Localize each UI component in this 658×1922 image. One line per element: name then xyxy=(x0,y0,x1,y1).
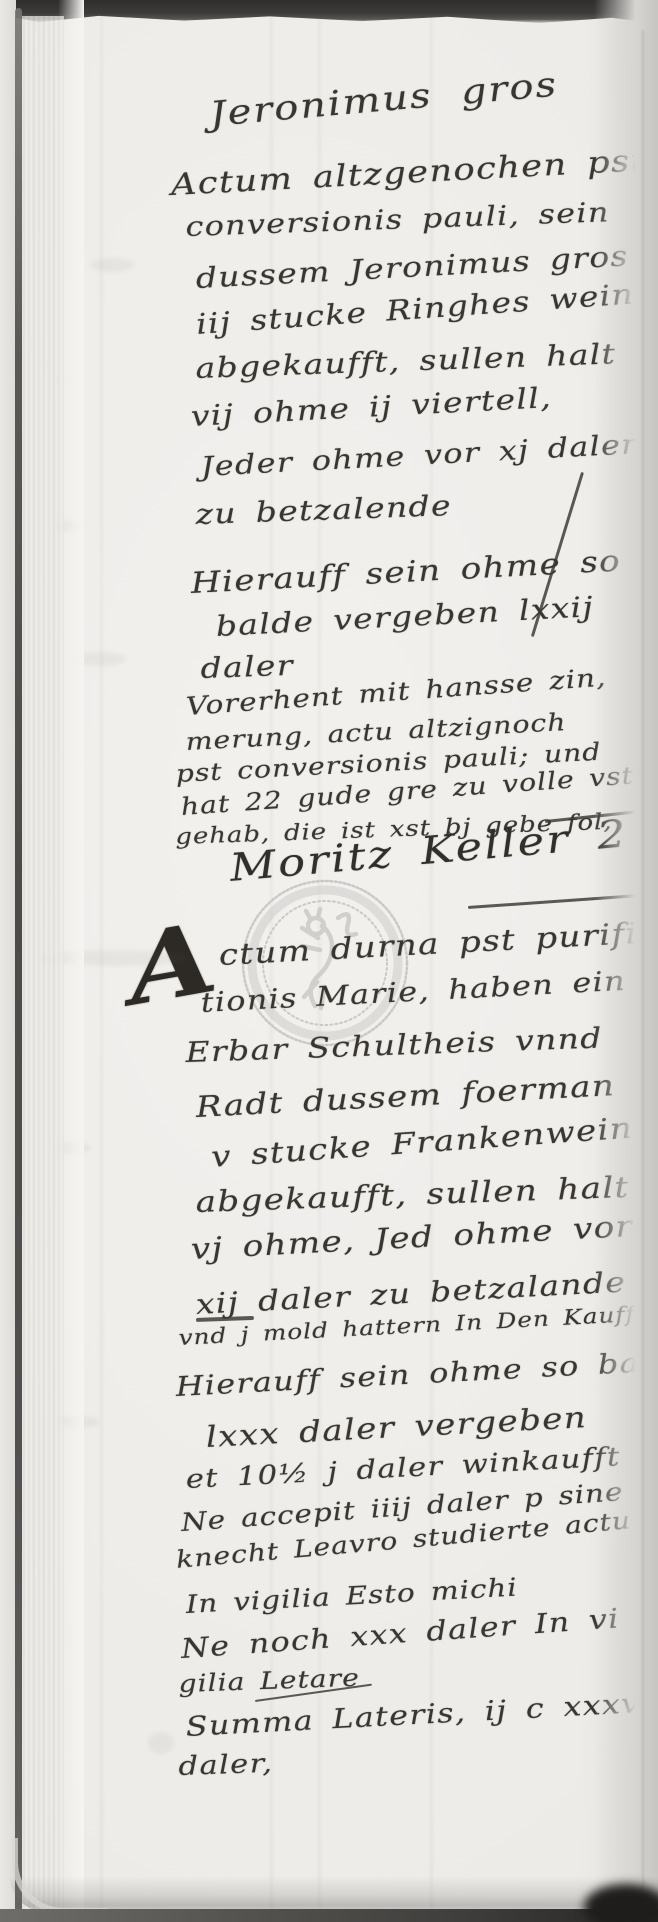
heading-line: Jeronimus gros xyxy=(208,65,559,135)
body-line: abgekaufft, sullen halt xyxy=(195,337,617,385)
body-line: Jeder ohme vor xj daler xyxy=(200,429,639,483)
page-curve-shadow xyxy=(594,0,658,1922)
book-top-edge xyxy=(0,0,658,24)
body-line: zu betzalende xyxy=(195,489,452,531)
body-line: conversionis pauli, sein xyxy=(185,197,610,243)
page-edge-fade xyxy=(58,0,84,1922)
body-line: vij ohme ij viertell, xyxy=(190,381,553,433)
manuscript-page: Jeronimus grosActum altzgenochen pstconv… xyxy=(0,0,658,1922)
binding-gutter xyxy=(15,8,22,1918)
ink-bleedthrough-smudge xyxy=(148,1732,174,1754)
body-line: Summa Lateris, ij c xxxvij xyxy=(185,1687,658,1743)
body-line: vj ohme, Jed ohme vor xyxy=(190,1209,634,1266)
body-line: Actum altzgenochen pst xyxy=(170,143,647,203)
underline-xij xyxy=(196,1316,254,1322)
page-curve-line xyxy=(642,30,644,1892)
small-line: gilia Letare xyxy=(178,1664,360,1698)
scan-bottom-strip xyxy=(0,1909,658,1922)
body-line: v stucke Frankenwein xyxy=(210,1111,634,1174)
body-line: Hierauff sein ohme so balde xyxy=(175,1345,658,1403)
body-line: daler, xyxy=(178,1749,274,1782)
body-line: daler xyxy=(200,649,294,685)
scan-left-margin xyxy=(0,0,16,1922)
small-line: In vigilia Esto michi xyxy=(185,1573,518,1619)
ink-bleedthrough-smudge xyxy=(90,258,134,272)
